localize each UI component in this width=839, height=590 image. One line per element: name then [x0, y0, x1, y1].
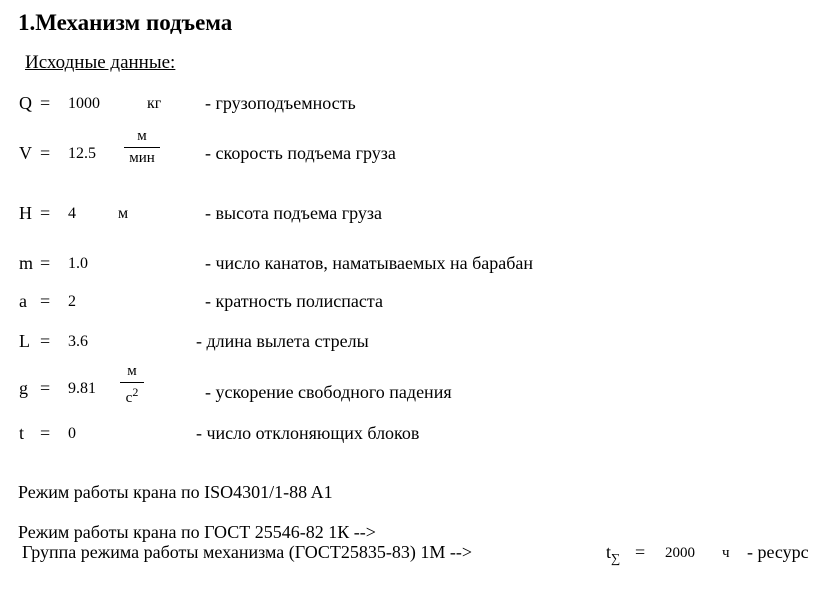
- param-unit: м: [118, 205, 128, 223]
- param-eq: =: [40, 331, 50, 352]
- param-value: 3.6: [68, 333, 88, 351]
- mechanism-group: Группа режима работы механизма (ГОСТ2583…: [22, 542, 472, 563]
- unit-den-exponent: 2: [132, 385, 138, 399]
- param-value: 1000: [68, 95, 100, 113]
- param-desc: - грузоподъемность: [205, 93, 356, 114]
- param-eq: =: [40, 143, 50, 164]
- param-desc: - число отклоняющих блоков: [196, 423, 419, 444]
- resource-value: 2000: [665, 545, 695, 562]
- resource-var: t∑: [606, 542, 620, 567]
- param-unit-fraction: м мин: [124, 128, 160, 167]
- param-desc: - кратность полиспаста: [205, 291, 383, 312]
- fraction-bar: [120, 382, 144, 383]
- param-eq: =: [40, 93, 50, 114]
- param-var: H: [19, 203, 32, 224]
- param-eq: =: [40, 378, 50, 399]
- param-eq: =: [40, 291, 50, 312]
- param-var: t: [19, 423, 24, 444]
- resource-unit: ч: [722, 545, 730, 562]
- param-eq: =: [40, 423, 50, 444]
- param-eq: =: [40, 253, 50, 274]
- param-desc: - число канатов, наматываемых на барабан: [205, 253, 533, 274]
- param-desc: - ускорение свободного падения: [205, 382, 452, 403]
- fraction-bar: [124, 147, 160, 148]
- unit-denominator: c2: [120, 385, 144, 407]
- resource-desc: - ресурс: [747, 542, 809, 563]
- section-title: 1.Механизм подъема: [18, 10, 232, 36]
- param-desc: - скорость подъема груза: [205, 143, 396, 164]
- param-eq: =: [40, 203, 50, 224]
- param-unit-fraction: м c2: [120, 363, 144, 407]
- param-value: 12.5: [68, 145, 96, 163]
- unit-numerator: м: [120, 363, 144, 380]
- resource-eq: =: [635, 542, 645, 563]
- unit-denominator: мин: [124, 150, 160, 167]
- sigma-subscript: ∑: [611, 551, 620, 566]
- param-var: m: [19, 253, 33, 274]
- param-value: 4: [68, 205, 76, 223]
- subtitle: Исходные данные:: [25, 52, 175, 74]
- param-value: 2: [68, 293, 76, 311]
- param-var: a: [19, 291, 27, 312]
- mode-gost: Режим работы крана по ГОСТ 25546-82 1К -…: [18, 522, 376, 543]
- unit-numerator: м: [124, 128, 160, 145]
- param-var: L: [19, 331, 30, 352]
- param-var: Q: [19, 93, 32, 114]
- param-unit: кг: [147, 95, 161, 113]
- param-desc: - длина вылета стрелы: [196, 331, 369, 352]
- param-var: V: [19, 143, 32, 164]
- param-var: g: [19, 378, 28, 399]
- param-value: 1.0: [68, 255, 88, 273]
- param-value: 0: [68, 425, 76, 443]
- param-value: 9.81: [68, 380, 96, 398]
- mode-iso: Режим работы крана по ISO4301/1-88 A1: [18, 482, 333, 503]
- param-desc: - высота подъема груза: [205, 203, 382, 224]
